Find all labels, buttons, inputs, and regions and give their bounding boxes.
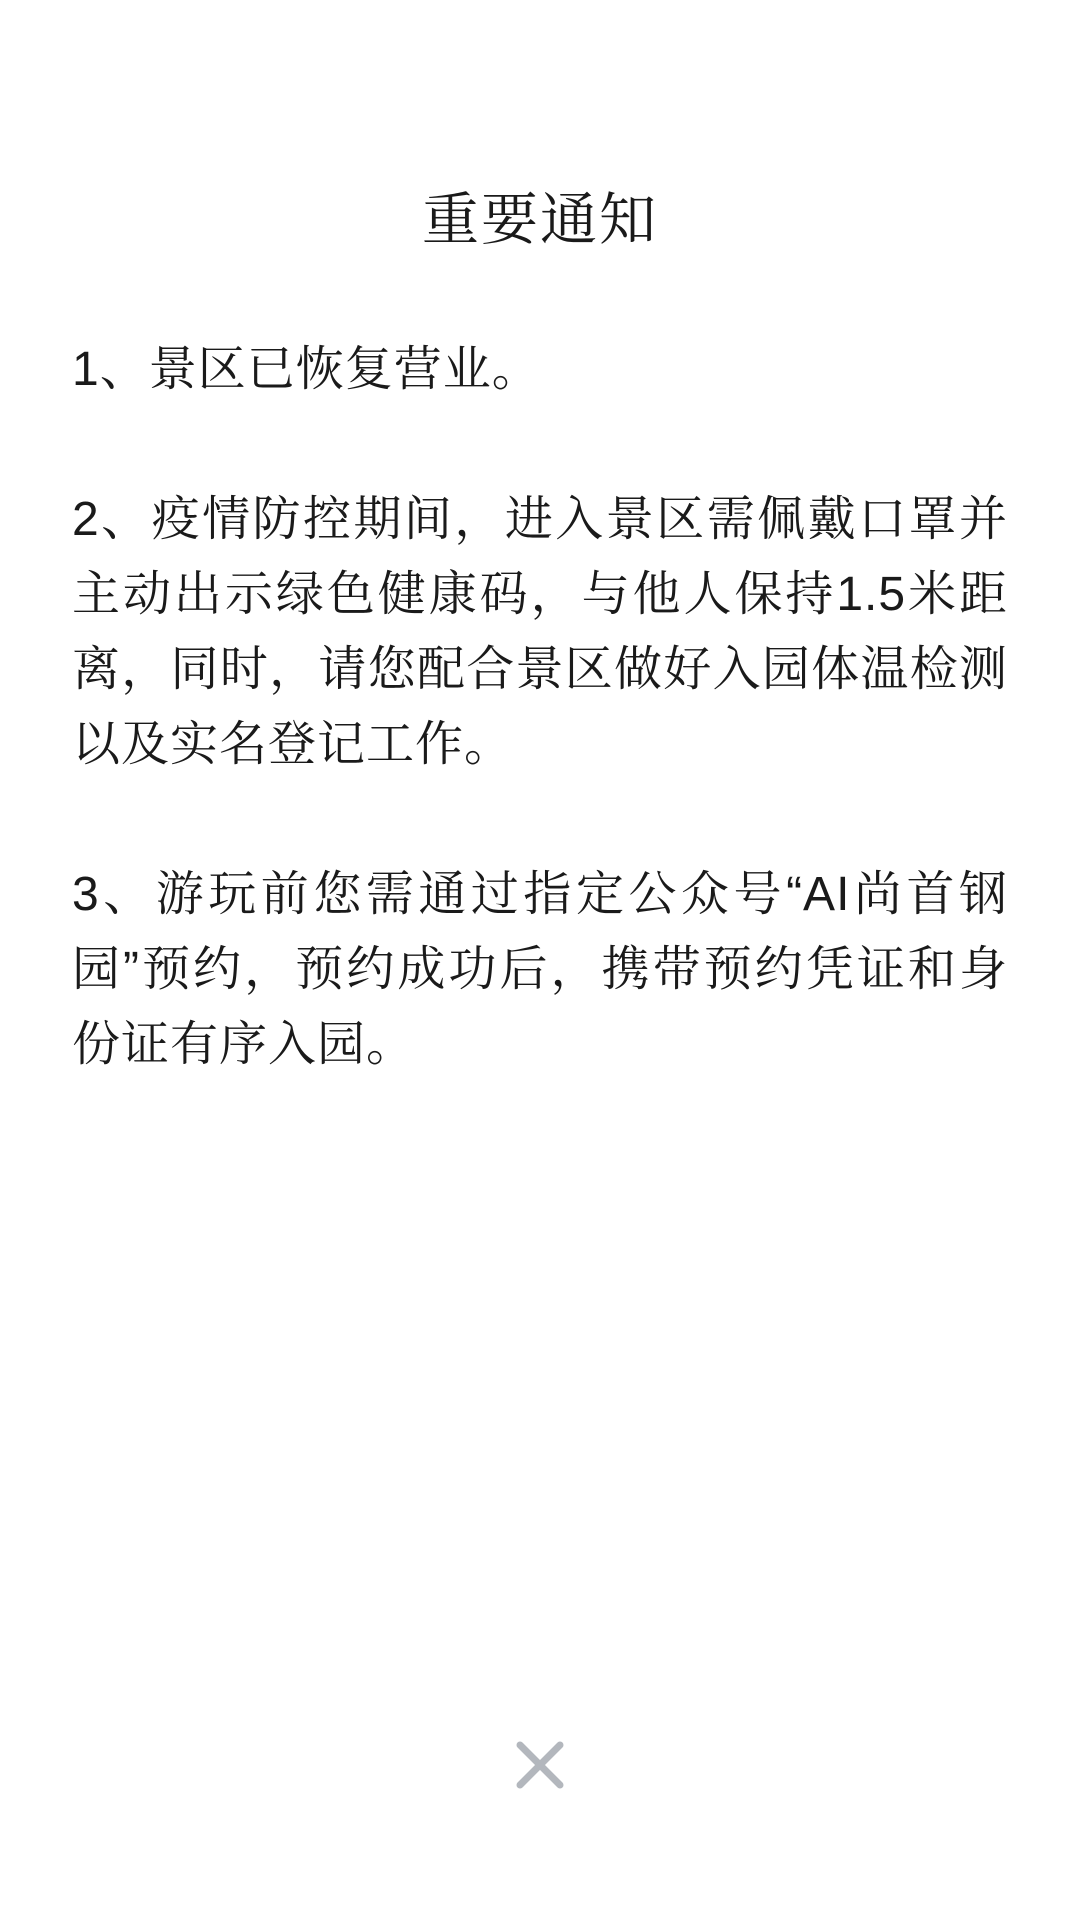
notice-body: 1、景区已恢复营业。 2、疫情防控期间，进入景区需佩戴口罩并主动出示绿色健康码，… [72, 332, 1008, 1082]
close-button[interactable] [497, 1722, 583, 1808]
notice-modal: 重要通知 1、景区已恢复营业。 2、疫情防控期间，进入景区需佩戴口罩并主动出示绿… [0, 0, 1080, 1920]
close-icon [511, 1736, 569, 1794]
notice-title: 重要通知 [0, 180, 1080, 260]
notice-paragraph-2: 2、疫情防控期间，进入景区需佩戴口罩并主动出示绿色健康码，与他人保持1.5米距离… [72, 482, 1008, 782]
notice-paragraph-1: 1、景区已恢复营业。 [72, 332, 1008, 407]
notice-paragraph-3: 3、游玩前您需通过指定公众号“AI尚首钢园”预约，预约成功后，携带预约凭证和身份… [72, 857, 1008, 1082]
